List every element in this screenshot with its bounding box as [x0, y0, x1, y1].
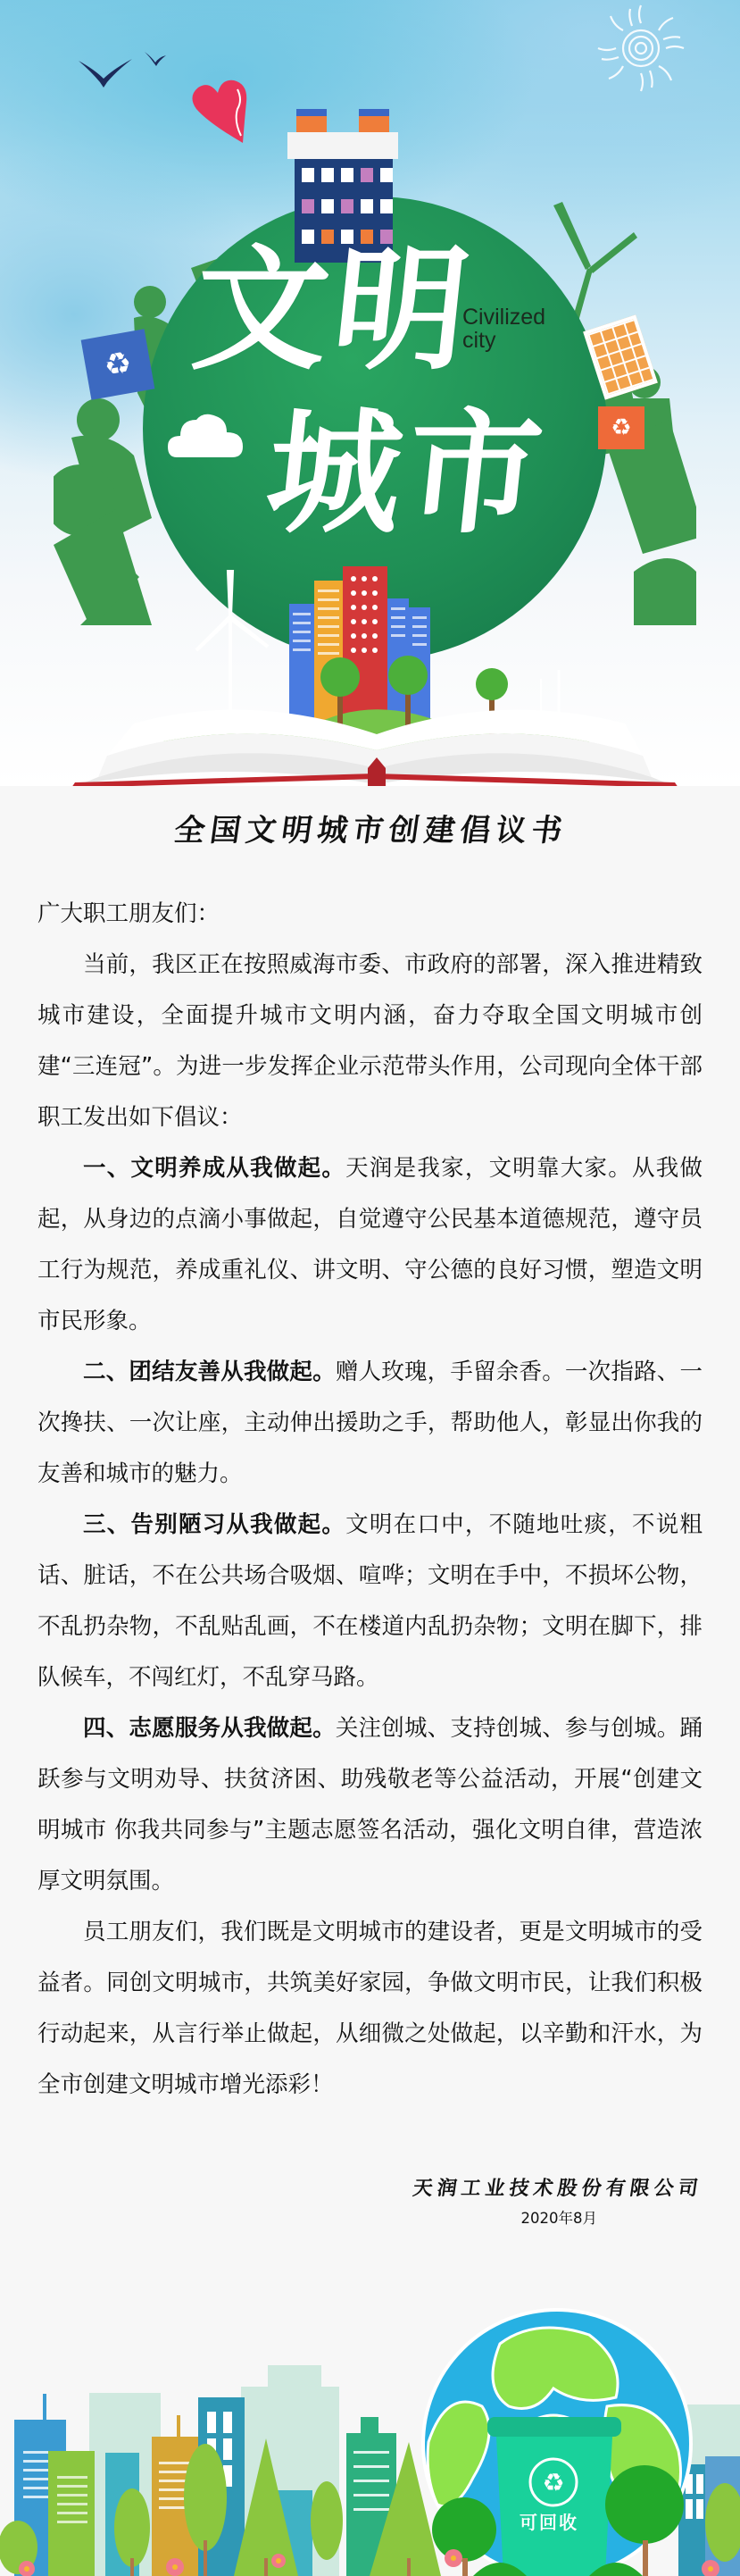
open-book-icon	[54, 500, 696, 786]
subtitle-line1: Civilized	[462, 305, 545, 329]
footer-illustration: ♻ 可回收	[0, 2308, 740, 2576]
proposal-item-3: 三、告别陋习从我做起。文明在口中，不随地吐痰，不说粗话、脏话，不在公共场合吸烟、…	[37, 1500, 703, 1703]
proposal-heading: 一、文明养成从我做起。	[83, 1155, 345, 1182]
hero-subtitle-en: Civilized city	[462, 305, 545, 352]
proposal-item-1: 一、文明养成从我做起。天润是我家，文明靠大家。从我做起，从身边的点滴小事做起，自…	[37, 1143, 703, 1347]
proposal-item-4: 四、志愿服务从我做起。关注创城、支持创城、参与创城。踊跃参与文明劝导、扶贫济困、…	[37, 1703, 703, 1907]
greeting: 广大职工朋友们：	[37, 889, 703, 940]
proposal-body: 天润是我家，文明靠大家。从我做起，从身边的点滴小事做起，自觉遵守公民基本道德规范…	[37, 1155, 703, 1334]
hero-title-row1: 文明	[187, 243, 480, 377]
intro-paragraph: 当前，我区正在按照威海市委、市政府的部署，深入推进精致城市建设，全面提升城市文明…	[37, 940, 703, 1143]
proposal-document: 全国文明城市创建倡议书 广大职工朋友们： 当前，我区正在按照威海市委、市政府的部…	[0, 786, 740, 2228]
office-building-icon	[287, 109, 398, 234]
recycle-bin-icon: ♻	[81, 329, 155, 399]
sun-icon	[596, 4, 686, 93]
closing-paragraph: 员工朋友们，我们既是文明城市的建设者，更是文明城市的受益者。同创文明城市，共筑美…	[37, 1907, 703, 2111]
proposal-body: 文明在口中，不随地吐痰，不说粗话、脏话，不在公共场合吸烟、喧哗；文明在手中，不损…	[37, 1511, 703, 1691]
proposal-heading: 二、团结友善从我做起。	[83, 1359, 336, 1385]
recycle-bin-icon: ♻	[598, 406, 644, 449]
bird-icon	[143, 50, 168, 68]
recycle-bin-icon: ♻	[487, 2417, 621, 2576]
hero-banner: ♻ ♻ 文明 城市 Civilized city	[0, 0, 740, 786]
signature-date: 2020年8月	[0, 2206, 740, 2228]
recycle-icon: ♻	[542, 2468, 564, 2497]
proposal-item-2: 二、团结友善从我做起。赠人玫瑰，手留余香。一次指路、一次搀扶、一次让座，主动伸出…	[37, 1347, 703, 1500]
proposal-heading: 三、告别陋习从我做起。	[83, 1511, 345, 1538]
article-body: 广大职工朋友们： 当前，我区正在按照威海市委、市政府的部署，深入推进精致城市建设…	[0, 889, 740, 2111]
document-title: 全国文明城市创建倡议书	[0, 786, 740, 889]
subtitle-line2: city	[462, 329, 545, 352]
company-name: 天润工业技术股份有限公司	[412, 2173, 704, 2201]
city-skyline: ♻	[0, 2308, 740, 2576]
bird-icon	[77, 57, 136, 88]
proposal-body: 关注创城、支持创城、参与创城。踊跃参与文明劝导、扶贫济困、助残敬老等公益活动，开…	[37, 1715, 703, 1894]
proposal-heading: 四、志愿服务从我做起。	[83, 1715, 336, 1742]
recycle-bin-label: 可回收	[520, 2508, 578, 2534]
signature-block: 天润工业技术股份有限公司	[0, 2173, 740, 2201]
cloud-icon	[168, 411, 243, 457]
